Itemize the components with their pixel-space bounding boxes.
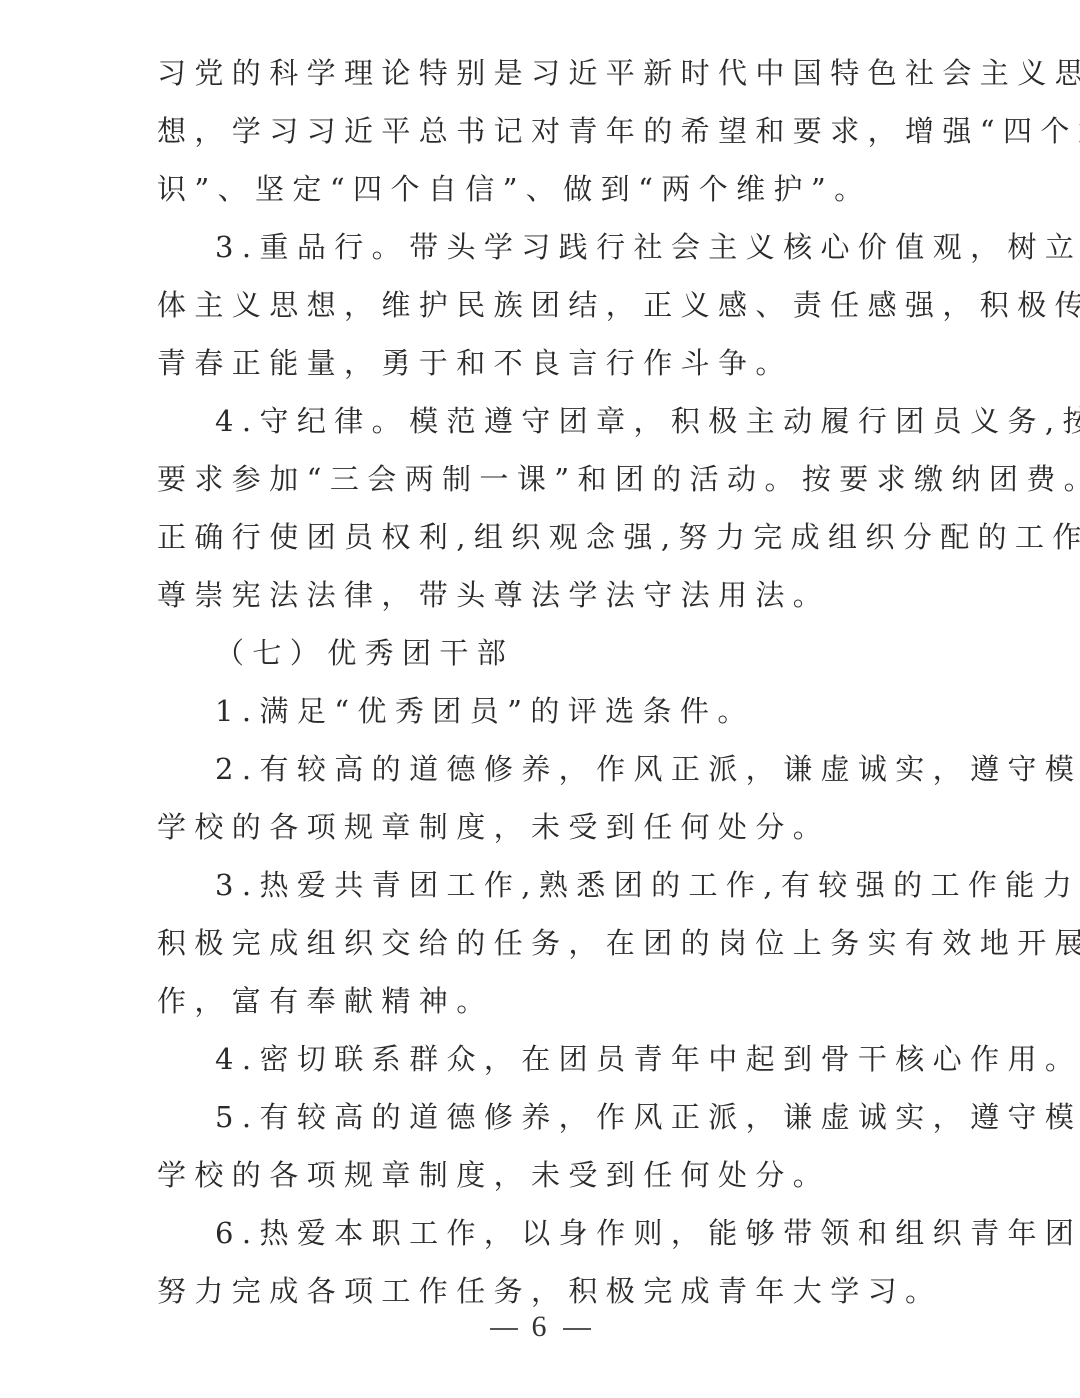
text-line: 要求参加“三会两制一课”和团的活动。按要求缴纳团费。 <box>157 450 923 508</box>
text-line: 青春正能量，勇于和不良言行作斗争。 <box>157 334 923 392</box>
criteria-item-1: 1.满足“优秀团员”的评选条件。 <box>157 682 923 740</box>
text-line: 体主义思想，维护民族团结，正义感、责任感强，积极传播 <box>157 276 923 334</box>
text-line: 1.满足“优秀团员”的评选条件。 <box>157 682 923 740</box>
text-line: 尊崇宪法法律，带头尊法学法守法用法。 <box>157 566 923 624</box>
footer-dash-right <box>563 1328 591 1330</box>
text-line: 2.有较高的道德修养，作风正派，谦虚诚实，遵守模范 <box>157 740 923 798</box>
item-4-discipline: 4.守纪律。模范遵守团章，积极主动履行团员义务,按 要求参加“三会两制一课”和团… <box>157 392 923 624</box>
text-line: 想，学习习近平总书记对青年的希望和要求，增强“四个意 <box>157 102 923 160</box>
text-line: 正确行使团员权利,组织观念强,努力完成组织分配的工作, <box>157 508 923 566</box>
continuation-paragraph: 习党的科学理论特别是习近平新时代中国特色社会主义思 想，学习习近平总书记对青年的… <box>157 44 923 218</box>
criteria-item-2: 2.有较高的道德修养，作风正派，谦虚诚实，遵守模范 学校的各项规章制度，未受到任… <box>157 740 923 856</box>
criteria-item-6: 6.热爱本职工作，以身作则，能够带领和组织青年团员 努力完成各项工作任务，积极完… <box>157 1204 923 1320</box>
criteria-item-5: 5.有较高的道德修养，作风正派，谦虚诚实，遵守模范 学校的各项规章制度，未受到任… <box>157 1088 923 1204</box>
text-line: 3.热爱共青团工作,熟悉团的工作,有较强的工作能力, <box>157 856 923 914</box>
text-line: 5.有较高的道德修养，作风正派，谦虚诚实，遵守模范 <box>157 1088 923 1146</box>
text-line: 识”、坚定“四个自信”、做到“两个维护”。 <box>157 160 923 218</box>
criteria-item-3: 3.热爱共青团工作,熟悉团的工作,有较强的工作能力, 积极完成组织交给的任务，在… <box>157 856 923 1030</box>
item-3-conduct: 3.重品行。带头学习践行社会主义核心价值观，树立集 体主义思想，维护民族团结，正… <box>157 218 923 392</box>
text-line: 学校的各项规章制度，未受到任何处分。 <box>157 1146 923 1204</box>
document-page: 习党的科学理论特别是习近平新时代中国特色社会主义思 想，学习习近平总书记对青年的… <box>157 44 923 1320</box>
text-line: 3.重品行。带头学习践行社会主义核心价值观，树立集 <box>157 218 923 276</box>
page-footer: 6 <box>0 1310 1080 1344</box>
text-line: 6.热爱本职工作，以身作则，能够带领和组织青年团员 <box>157 1204 923 1262</box>
section-7-outstanding-cadres: （七）优秀团干部 1.满足“优秀团员”的评选条件。 2.有较高的道德修养，作风正… <box>157 624 923 1320</box>
text-line: 4.守纪律。模范遵守团章，积极主动履行团员义务,按 <box>157 392 923 450</box>
text-line: 习党的科学理论特别是习近平新时代中国特色社会主义思 <box>157 44 923 102</box>
text-line: 4.密切联系群众，在团员青年中起到骨干核心作用。 <box>157 1030 923 1088</box>
page-number: 6 <box>532 1310 549 1343</box>
text-line: 作，富有奉献精神。 <box>157 972 923 1030</box>
footer-dash-left <box>490 1328 518 1330</box>
section-heading: （七）优秀团干部 <box>157 624 923 682</box>
criteria-item-4: 4.密切联系群众，在团员青年中起到骨干核心作用。 <box>157 1030 923 1088</box>
text-line: 积极完成组织交给的任务，在团的岗位上务实有效地开展工 <box>157 914 923 972</box>
text-line: 学校的各项规章制度，未受到任何处分。 <box>157 798 923 856</box>
